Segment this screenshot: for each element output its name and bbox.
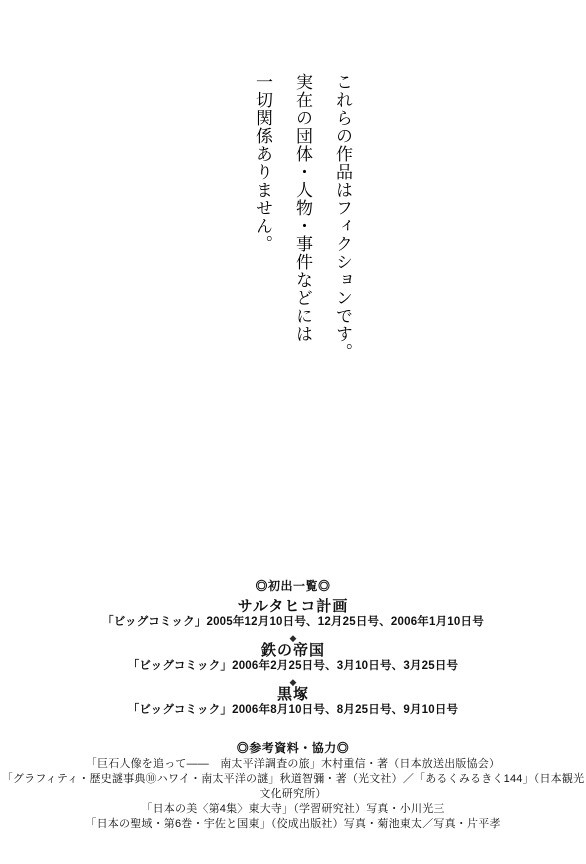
publication-entry: 鉄の帝国 「ビッグコミック」2006年2月25日号、3月10日号、3月25日号 [0,643,586,673]
fiction-disclaimer: これらの作品はフィクションです。 実在の団体・人物・事件などには 一切関係ありま… [240,73,362,365]
references-header: ◎参考資料・協力◎ [0,741,586,755]
work-issues: 「ビッグコミック」2005年12月10日号、12月25日号、2006年1月10日… [0,615,586,629]
reference-line: 「日本の聖域・第6巻・宇佐と国東」（佼成出版社）写真・菊池東太／写真・片平孝 [0,817,586,832]
first-publication-list: ◎初出一覧◎ サルタヒコ計画 「ビッグコミック」2005年12月10日号、12月… [0,579,586,717]
work-title: サルタヒコ計画 [0,599,586,615]
publication-entry: サルタヒコ計画 「ビッグコミック」2005年12月10日号、12月25日号、20… [0,599,586,629]
disclaimer-line-2: 実在の団体・人物・事件などには [282,73,322,365]
work-title: 黒塚 [0,687,586,703]
disclaimer-line-3: 一切関係ありません。 [242,73,282,365]
work-title: 鉄の帝国 [0,643,586,659]
disclaimer-line-1: これらの作品はフィクションです。 [322,73,362,365]
reference-line: 「巨石人像を追って―― 南太平洋調査の旅」木村重信・著（日本放送出版協会） [0,757,586,772]
first-publication-header: ◎初出一覧◎ [0,579,586,593]
book-colophon-page: これらの作品はフィクションです。 実在の団体・人物・事件などには 一切関係ありま… [0,0,586,864]
work-issues: 「ビッグコミック」2006年8月10日号、8月25日号、9月10日号 [0,703,586,717]
reference-line: 「日本の美〈第4集〉東大寺」（学習研究社）写真・小川光三 [0,802,586,817]
references-section: ◎参考資料・協力◎ 「巨石人像を追って―― 南太平洋調査の旅」木村重信・著（日本… [0,741,586,832]
publication-entry: 黒塚 「ビッグコミック」2006年8月10日号、8月25日号、9月10日号 [0,687,586,717]
reference-line: 「グラフィティ・歴史謎事典⑩ハワイ・南太平洋の謎」秋道智彌・著（光文社）／「ある… [0,772,586,802]
work-issues: 「ビッグコミック」2006年2月25日号、3月10日号、3月25日号 [0,659,586,673]
